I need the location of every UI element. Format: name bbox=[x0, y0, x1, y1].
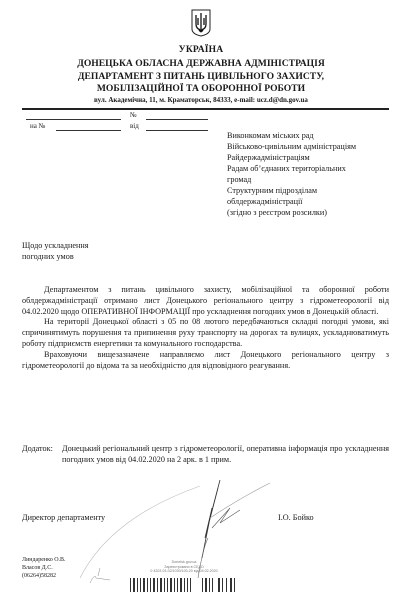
header-org-line-3: МОБІЛІЗАЦІЙНОЇ ТА ОБОРОННОЇ РОБОТИ bbox=[0, 83, 402, 94]
reply-date-field bbox=[146, 130, 208, 131]
barcode-icon bbox=[128, 578, 240, 592]
body-paragraph: Департаментом з питань цивільного захист… bbox=[22, 285, 389, 317]
coat-of-arms-icon bbox=[191, 9, 211, 37]
annex-block: Додаток: Донецький регіональний центр з … bbox=[22, 444, 389, 466]
annex-text: Донецький регіональний центр з гідромете… bbox=[62, 444, 389, 466]
annex-label: Додаток: bbox=[22, 444, 53, 455]
letter-subject: Щодо ускладнення погодних умов bbox=[22, 240, 89, 262]
executor-phone: (06264)58282 bbox=[22, 572, 66, 580]
header-country: УКРАЇНА bbox=[0, 45, 402, 55]
executor-line: Власов Д.С. bbox=[22, 564, 66, 572]
outgoing-number-field bbox=[146, 119, 208, 120]
addressee-line: Структурним підрозділам bbox=[227, 185, 356, 196]
executor-line: Линдаренко О.В. bbox=[22, 556, 66, 564]
body-paragraph: Враховуючи вищезазначене направляємо лис… bbox=[22, 350, 389, 372]
number-label: № bbox=[130, 111, 137, 119]
reply-number-label: на № bbox=[30, 122, 45, 130]
header-address: вул. Академічна, 11, м. Краматорськ, 843… bbox=[0, 96, 402, 104]
outgoing-date-field bbox=[26, 119, 121, 120]
subject-line: погодних умов bbox=[22, 251, 89, 262]
stamp-line: 0 4203 03-02/1030/100-20 від 04.02.2020 bbox=[128, 569, 240, 574]
letter-body: Департаментом з питань цивільного захист… bbox=[22, 285, 389, 371]
header-org-line-2: ДЕПАРТАМЕНТ З ПИТАНЬ ЦИВІЛЬНОГО ЗАХИСТУ, bbox=[0, 71, 402, 82]
addressee-line: Військово-цивільним адміністраціям bbox=[227, 141, 356, 152]
reply-date-label: від bbox=[130, 122, 139, 130]
addressee-block: Виконкомам міських рад Військово-цивільн… bbox=[227, 130, 356, 218]
addressee-line: Райдержадміністраціям bbox=[227, 152, 356, 163]
subject-line: Щодо ускладнення bbox=[22, 240, 89, 251]
addressee-line: (згідно з реєстром розсилки) bbox=[227, 207, 356, 218]
addressee-line: Радам об’єднаних територіальних bbox=[227, 163, 356, 174]
registration-stamp: Donetsk.gov.ua Зареєстровано в СЕДО 0 42… bbox=[128, 560, 240, 574]
reply-number-field bbox=[56, 130, 121, 131]
header-org-line-1: ДОНЕЦЬКА ОБЛАСНА ДЕРЖАВНА АДМІНІСТРАЦІЯ bbox=[0, 58, 402, 69]
addressee-line: громад bbox=[227, 174, 356, 185]
body-paragraph: На території Донецької області з 05 по 0… bbox=[22, 317, 389, 349]
header-divider bbox=[22, 108, 389, 110]
executors-block: Линдаренко О.В. Власов Д.С. (06264)58282 bbox=[22, 556, 66, 581]
addressee-line: облдержадміністрації bbox=[227, 196, 356, 207]
signatory-name: І.О. Бойко bbox=[278, 513, 314, 522]
addressee-line: Виконкомам міських рад bbox=[227, 130, 356, 141]
